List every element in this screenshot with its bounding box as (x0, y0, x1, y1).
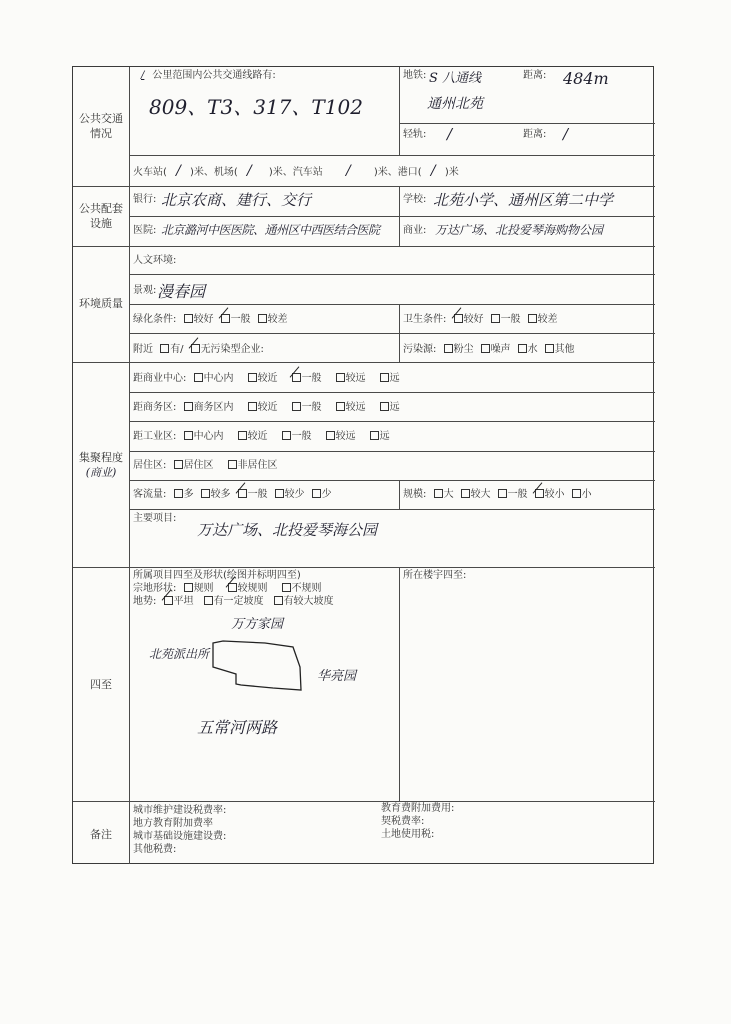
commercial-center-row: 距商业中心: 中心内较近一般较远远 (133, 373, 410, 385)
checkbox-option[interactable]: 小 (568, 489, 592, 500)
checkbox-icon[interactable] (174, 460, 183, 469)
checkbox-option[interactable]: 中心内 (180, 431, 224, 442)
remarks-section-label: 备注 (73, 827, 129, 842)
subway-distance-label: 距离: (523, 70, 546, 82)
checkbox-icon[interactable] (491, 314, 500, 323)
subway-line-value: S 八通线 (429, 67, 481, 86)
subway-distance-value: 484m (563, 69, 609, 88)
checkbox-option[interactable]: 较差 (254, 314, 288, 325)
checkbox-option[interactable]: 较近 (244, 402, 278, 413)
landscape-label: 景观: (133, 285, 156, 297)
checkbox-icon[interactable] (228, 460, 237, 469)
checkbox-option[interactable]: 一般 (487, 314, 521, 325)
sketch-east-label: 华亮园 (317, 665, 356, 684)
environment-section-label: 环境质量 (73, 296, 129, 311)
checkbox-option[interactable]: 较近 (244, 373, 278, 384)
checkbox-icon[interactable] (498, 489, 507, 498)
terrain-row: 地势: 平坦有一定坡度有较大坡度 (133, 596, 340, 608)
checkbox-option[interactable]: 一般 (288, 402, 322, 413)
main-projects-value: 万达广场、北投爱琴海公园 (197, 519, 377, 540)
checkbox-option[interactable]: 一般 (288, 373, 322, 384)
checkbox-icon[interactable] (248, 402, 257, 411)
checked-box-icon[interactable] (228, 583, 237, 592)
pollution-row: 污染源: 粉尘噪声水其他 (403, 344, 578, 356)
checkbox-icon[interactable] (282, 431, 291, 440)
checkbox-icon[interactable] (326, 431, 335, 440)
parcel-shape-sketch (203, 637, 313, 707)
checkbox-option[interactable]: 一般 (234, 489, 268, 500)
checkbox-option[interactable]: 不规则 (278, 583, 322, 594)
radius-label: /公里范围内公共交通线路有: (133, 70, 276, 82)
checkbox-option[interactable]: 较大 (457, 489, 491, 500)
checkbox-icon[interactable] (258, 314, 267, 323)
checkbox-option[interactable]: 商务区内 (180, 402, 234, 413)
scale-row: 规模: 大较大一般较小小 (403, 489, 595, 501)
checkbox-option[interactable]: 其他 (541, 344, 575, 355)
hospital-value: 北京潞河中医医院、通州区中西医结合医院 (161, 221, 380, 238)
checkbox-option[interactable]: 少 (308, 489, 332, 500)
checkbox-option[interactable]: 一般 (494, 489, 528, 500)
checked-box-icon[interactable] (292, 373, 301, 382)
bus-lines-value: 809、T3、317、T102 (149, 91, 363, 120)
checkbox-option[interactable]: 水 (514, 344, 538, 355)
landscape-value: 漫春园 (157, 279, 205, 302)
residential-row: 居住区: 居住区非居住区 (133, 460, 288, 472)
checkbox-icon[interactable] (160, 344, 169, 353)
shape-row: 宗地形状: 规则较规则不规则 (133, 583, 332, 595)
checkbox-icon[interactable] (184, 431, 193, 440)
stations-row: 火车站( / )米、机场( / )米、汽车站 / )米、港口( / )米 (133, 165, 459, 179)
checkbox-option[interactable]: 较好 (180, 314, 214, 325)
main-projects-label: 主要项目: (133, 513, 176, 525)
checkbox-option[interactable]: 远 (376, 373, 400, 384)
remarks-left-list: 城市维护建设税费率: 地方教育附加费率 城市基础设施建设费: 其他税费: (133, 804, 226, 856)
checkbox-icon[interactable] (336, 373, 345, 382)
checkbox-icon[interactable] (248, 373, 257, 382)
checkbox-icon[interactable] (444, 344, 453, 353)
checkbox-option[interactable]: 有一定坡度 (200, 596, 264, 607)
light-rail-distance-label: 距离: (523, 129, 546, 141)
sketch-south-label: 五常河两路 (197, 715, 277, 738)
checkbox-option[interactable]: 有较大坡度 (270, 596, 334, 607)
checkbox-icon[interactable] (204, 596, 213, 605)
checkbox-icon[interactable] (184, 583, 193, 592)
school-value: 北苑小学、通州区第二中学 (433, 189, 613, 210)
checkbox-icon[interactable] (282, 583, 291, 592)
humanities-label: 人文环境: (133, 255, 176, 267)
checkbox-icon[interactable] (461, 489, 470, 498)
checked-box-icon[interactable] (164, 596, 173, 605)
checkbox-icon[interactable] (274, 596, 283, 605)
checkbox-icon[interactable] (481, 344, 490, 353)
sanitation-options: 较好一般较差 (450, 314, 561, 325)
checkbox-icon[interactable] (518, 344, 527, 353)
sketch-west-label: 北苑派出所 (149, 645, 209, 662)
checkbox-icon[interactable] (434, 489, 443, 498)
nearby-options: 有/无污染型企业: (156, 344, 267, 355)
checkbox-option[interactable]: 远 (366, 431, 390, 442)
checked-box-icon[interactable] (191, 344, 200, 353)
checkbox-icon[interactable] (238, 431, 247, 440)
greening-options: 较好一般较差 (180, 314, 291, 325)
agglomeration-section-label: 集聚程度 (商业) (73, 450, 129, 480)
sanitation-row: 卫生条件: 较好一般较差 (403, 314, 561, 326)
checkbox-option[interactable]: 较多 (197, 489, 231, 500)
checkbox-option[interactable]: 较远 (332, 373, 366, 384)
checkbox-icon[interactable] (275, 489, 284, 498)
checked-box-icon[interactable] (454, 314, 463, 323)
checkbox-option[interactable]: 较差 (524, 314, 558, 325)
checkbox-option[interactable]: 一般 (217, 314, 251, 325)
checked-box-icon[interactable] (221, 314, 230, 323)
pollution-options: 粉尘噪声水其他 (440, 344, 578, 355)
remarks-right-list: 教育费附加费用: 契税费率: 土地使用税: (381, 802, 454, 841)
subway-label: 地铁: (403, 70, 426, 82)
building-boundary-label: 所在楼宇四至: (403, 570, 466, 582)
checkbox-option[interactable]: 较远 (332, 402, 366, 413)
checkbox-icon[interactable] (545, 344, 554, 353)
checkbox-icon[interactable] (572, 489, 581, 498)
checkbox-option[interactable]: 噪声 (477, 344, 511, 355)
checkbox-option[interactable]: 大 (430, 489, 454, 500)
checkbox-option[interactable]: 无污染型企业: (187, 344, 264, 355)
checked-box-icon[interactable] (535, 489, 544, 498)
project-boundary-title: 所属项目四至及形状(绘图并标明四至) (133, 570, 301, 582)
checkbox-icon[interactable] (194, 373, 203, 382)
light-rail-value: / (447, 125, 452, 143)
hospital-label: 医院: (133, 225, 156, 237)
traffic-row: 客流量: 多较多一般较少少 (133, 489, 335, 501)
sketch-north-label: 万方家园 (231, 613, 283, 632)
checkbox-option[interactable]: 非居住区 (224, 460, 278, 471)
checkbox-icon[interactable] (184, 402, 193, 411)
boundaries-section-label: 四至 (73, 677, 129, 692)
light-rail-distance-value: / (563, 125, 568, 143)
checkbox-icon[interactable] (184, 314, 193, 323)
commerce-label: 商业: (403, 225, 426, 237)
checkbox-icon[interactable] (380, 373, 389, 382)
checkbox-option[interactable]: 较少 (271, 489, 305, 500)
checkbox-icon[interactable] (380, 402, 389, 411)
checkbox-icon[interactable] (292, 402, 301, 411)
transport-section-label: 公共交通情况 (73, 111, 129, 141)
survey-form-table: 公共交通情况 /公里范围内公共交通线路有: 809、T3、317、T102 地铁… (72, 66, 654, 864)
checkbox-icon[interactable] (312, 489, 321, 498)
checkbox-option[interactable]: 中心内 (190, 373, 234, 384)
greening-row: 绿化条件: 较好一般较差 (133, 314, 291, 326)
checkbox-option[interactable]: 远 (376, 402, 400, 413)
checkbox-option[interactable]: 粉尘 (440, 344, 474, 355)
checkbox-option[interactable]: 较小 (531, 489, 565, 500)
checkbox-option[interactable]: 较远 (322, 431, 356, 442)
checkbox-icon[interactable] (370, 431, 379, 440)
checkbox-icon[interactable] (336, 402, 345, 411)
commerce-value: 万达广场、北投爱琴海购物公园 (435, 221, 603, 238)
checkbox-option[interactable]: 较规则 (224, 583, 268, 594)
business-district-row: 距商务区: 商务区内较近一般较远远 (133, 402, 410, 414)
checkbox-option[interactable]: 较近 (234, 431, 268, 442)
checkbox-option[interactable]: 平坦 (160, 596, 194, 607)
nearby-row: 附近 有/无污染型企业: (133, 344, 267, 356)
checkbox-option[interactable]: 较好 (450, 314, 484, 325)
checkbox-icon[interactable] (528, 314, 537, 323)
checkbox-icon[interactable] (174, 489, 183, 498)
industrial-row: 距工业区: 中心内较近一般较远远 (133, 431, 400, 443)
school-label: 学校: (403, 194, 426, 206)
bank-value: 北京农商、建行、交行 (161, 189, 311, 210)
bank-label: 银行: (133, 194, 156, 206)
subway-station-value: 通州北苑 (427, 93, 483, 113)
checkbox-option[interactable]: 居住区 (170, 460, 214, 471)
checkbox-option[interactable]: 有/ (156, 344, 183, 355)
checkbox-option[interactable]: 规则 (180, 583, 214, 594)
checkbox-option[interactable]: 一般 (278, 431, 312, 442)
checkbox-option[interactable]: 多 (170, 489, 194, 500)
facilities-section-label: 公共配套设施 (73, 201, 129, 231)
checkbox-icon[interactable] (201, 489, 210, 498)
light-rail-label: 轻轨: (403, 129, 426, 141)
checked-box-icon[interactable] (238, 489, 247, 498)
